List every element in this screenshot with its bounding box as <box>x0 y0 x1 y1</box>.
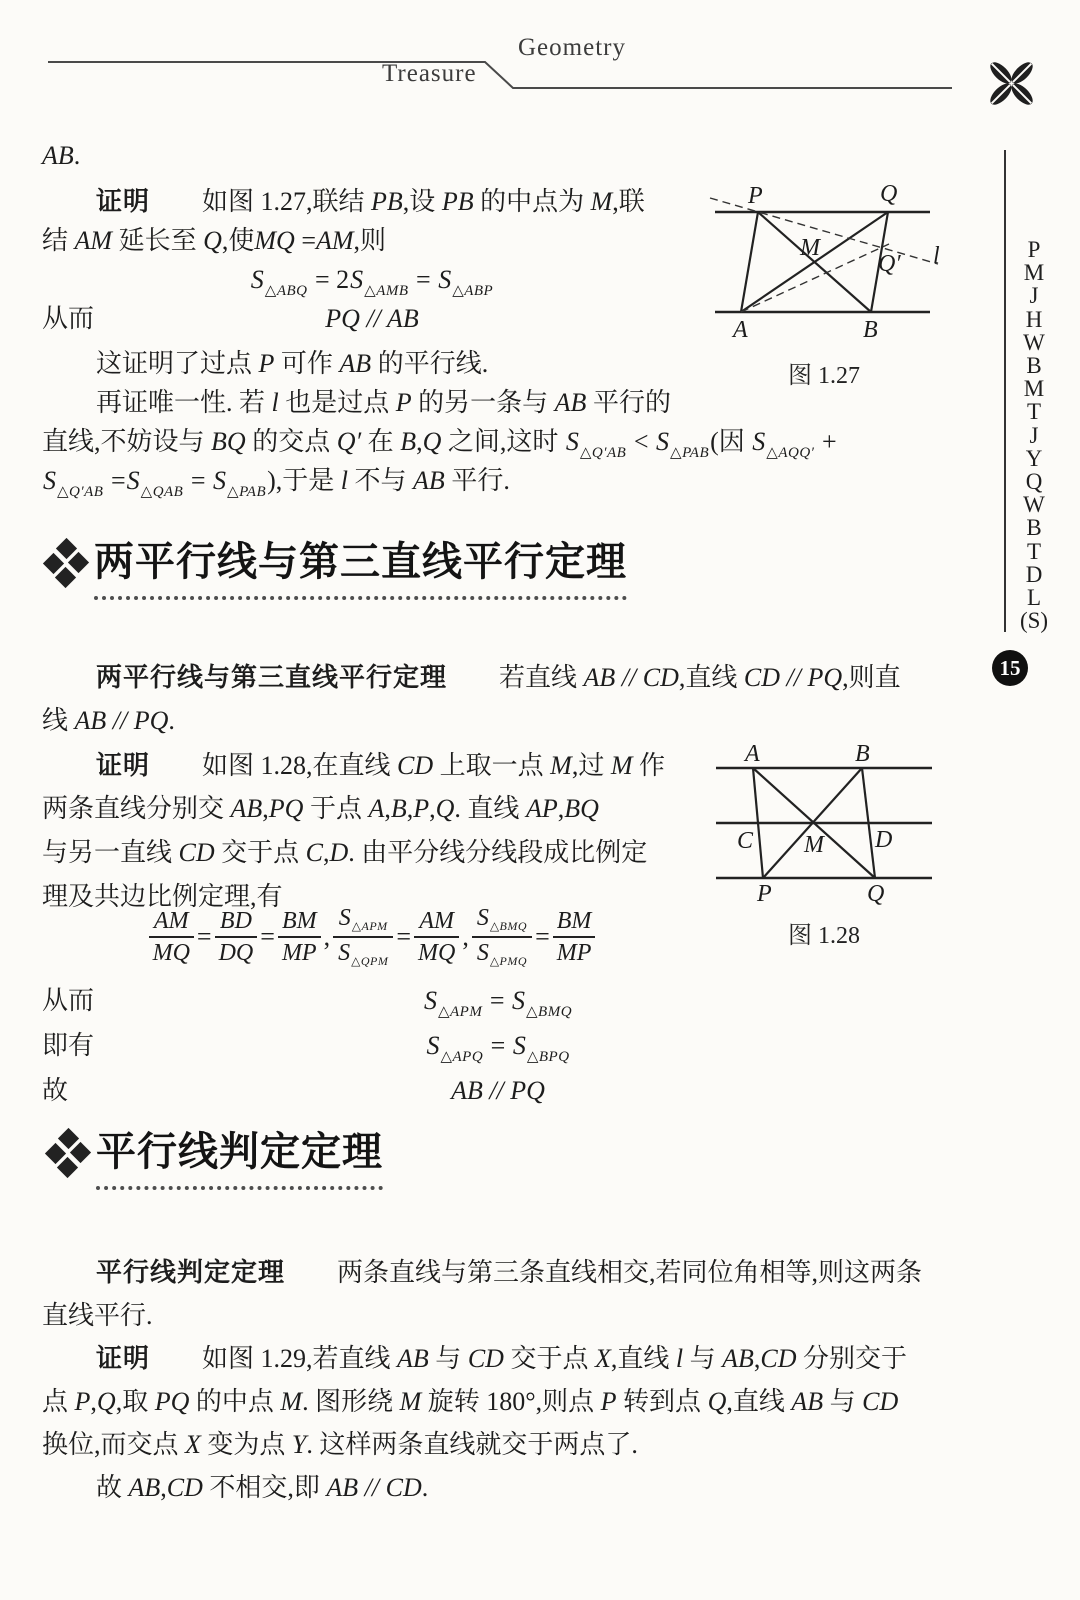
triangle-area-symbol: S△AMB <box>349 265 409 294</box>
figure-1-28-caption: 图 1.28 <box>700 915 948 950</box>
page-number-badge: 15 <box>992 650 1028 686</box>
fraction: BMMP <box>553 906 596 968</box>
figure-1-28: A B C M D P Q <box>700 740 948 912</box>
runin-heading: 平行线判定定理 <box>96 1257 285 1287</box>
paragraph-proof-128: 证明 如图 1.28,在直线 CD 上取一点 M,过 M 作两条直线分别交 AB… <box>42 743 702 919</box>
fraction: BMMP <box>278 906 321 968</box>
triangle-area-symbol: S△AQQ′ <box>751 427 815 456</box>
text-line: 结 AM 延长至 Q,使MQ =AM,则 <box>42 221 702 260</box>
section-heading-1-text: 两平行线与第三直线平行定理 <box>94 538 627 600</box>
text-line: S△Q′AB =S△QAB = S△PAB),于是 l 不与 AB 平行. <box>42 461 954 500</box>
proportion-formula-row: AMMQ = BDDQ = BMMP,S△APMS△QPM = AMMQ,S△B… <box>42 900 702 974</box>
sidebar-letter: B <box>1026 516 1041 539</box>
sidebar-letter: Y <box>1026 447 1043 470</box>
triangle-area-symbol: S△BMQ <box>476 905 528 931</box>
line-label-l: l <box>933 244 940 268</box>
sidebar-letter: W <box>1023 493 1045 516</box>
figure-1-27-caption: 图 1.27 <box>700 355 948 390</box>
triangle-area-symbol: S△Q′AB <box>565 427 627 456</box>
text-line: S△ABQ = 2S△AMB = S△ABP <box>42 260 702 299</box>
sidebar-letter: P <box>1028 238 1041 261</box>
triangle-area-symbol: S△PMQ <box>476 940 528 966</box>
point-label-A: A <box>745 742 760 766</box>
fraction: AMMQ <box>149 906 194 968</box>
point-label-P: P <box>757 882 772 906</box>
sidebar-letter: J <box>1030 284 1039 307</box>
point-label-P: P <box>748 184 763 208</box>
triangle-area-symbol: S△BPQ <box>512 1031 571 1060</box>
series-label: Treasure <box>382 60 477 88</box>
sidebar-letter: D <box>1026 563 1043 586</box>
sidebar-letter: M <box>1024 261 1044 284</box>
sidebar-letter: B <box>1026 354 1041 377</box>
triangle-area-symbol: S△PAB <box>655 427 710 456</box>
text-line: 线 AB // PQ. <box>42 699 954 742</box>
text-line: 故 AB,CD 不相交,即 AB // CD. <box>42 1466 992 1509</box>
text-line: 故AB // PQ <box>42 1068 954 1113</box>
paragraph-theorem-2: 平行线判定定理 两条直线与第三条直线相交,若同位角相等,则这两条直线平行.证明 … <box>42 1251 992 1509</box>
point-label-B: B <box>863 318 878 342</box>
sidebar-letter: H <box>1026 308 1043 331</box>
point-label-Qprime: Q′ <box>878 252 901 276</box>
point-label-Q: Q <box>867 882 884 906</box>
text-line: 直线平行. <box>42 1294 992 1337</box>
point-label-A: A <box>733 318 748 342</box>
text-line: 证明 如图 1.28,在直线 CD 上取一点 M,过 M 作 <box>42 743 702 787</box>
text-line: 两条直线分别交 AB,PQ 于点 A,B,P,Q. 直线 AP,BQ <box>42 787 702 831</box>
sidebar-letter: W <box>1023 331 1045 354</box>
triangle-area-symbol: S△ABP <box>437 265 494 294</box>
conclusion-rows: 从而S△APM = S△BMQ即有S△APQ = S△BPQ故AB // PQ <box>42 978 954 1113</box>
figure-1-27: P Q M Q′ l A B <box>700 182 948 354</box>
section-diamond-icon <box>46 540 88 592</box>
point-label-C: C <box>737 829 753 853</box>
section-heading-1: 两平行线与第三直线平行定理 <box>46 538 627 600</box>
fraction: S△BMQS△PMQ <box>472 903 532 971</box>
section-heading-2-text: 平行线判定定理 <box>96 1128 383 1190</box>
sidebar-letter: T <box>1027 400 1041 423</box>
point-label-Q: Q <box>880 182 897 206</box>
text-line: 平行线判定定理 两条直线与第三条直线相交,若同位角相等,则这两条 <box>42 1251 992 1294</box>
text-line: 两平行线与第三直线平行定理 若直线 AB // CD,直线 CD // PQ,则… <box>42 656 954 699</box>
section-heading-2: 平行线判定定理 <box>48 1128 383 1190</box>
sidebar-letter: T <box>1027 540 1041 563</box>
header-rule <box>40 40 960 100</box>
book-page: Treasure Geometry AB. 证明 如图 1.27,联结 PB,设… <box>0 0 1080 1600</box>
text-line: 从而PQ // AB <box>42 299 702 338</box>
paragraph-ab: AB. <box>42 134 442 177</box>
runin-heading: 证明 <box>96 186 150 216</box>
sidebar-letter: (S) <box>1020 609 1048 632</box>
triangle-area-symbol: S△PAB <box>212 466 267 495</box>
text-line: 换位,而交点 X 变为点 Y. 这样两条直线就交于两点了. <box>42 1423 992 1466</box>
segment-AP <box>741 212 758 312</box>
runin-heading: 证明 <box>96 1343 150 1373</box>
point-label-M: M <box>804 833 824 857</box>
text-line: 从而S△APM = S△BMQ <box>42 978 954 1023</box>
text-line: 点 P,Q,取 PQ 的中点 M. 图形绕 M 旋转 180°,则点 P 转到点… <box>42 1380 992 1423</box>
text-line: 与另一直线 CD 交于点 C,D. 由平分线分线段成比例定 <box>42 831 702 875</box>
text-line: 直线,不妨设与 BQ 的交点 Q′ 在 B,Q 之间,这时 S△Q′AB < S… <box>42 422 954 461</box>
triangle-area-symbol: S△APM <box>338 905 389 931</box>
point-label-B: B <box>855 742 870 766</box>
triangle-area-symbol: S△QAB <box>126 466 185 495</box>
paragraph-theorem-1: 两平行线与第三直线平行定理 若直线 AB // CD,直线 CD // PQ,则… <box>42 656 954 742</box>
triangle-area-symbol: S△Q′AB <box>42 466 104 495</box>
triangle-area-symbol: S△BMQ <box>511 986 573 1015</box>
fraction: S△APMS△QPM <box>333 903 393 971</box>
text-line: AB. <box>42 134 442 177</box>
triangle-area-symbol: S△ABQ <box>250 265 309 294</box>
fraction: AMMQ <box>414 906 459 968</box>
paragraph-proof-127-a: 证明 如图 1.27,联结 PB,设 PB 的中点为 M,联结 AM 延长至 Q… <box>42 182 702 338</box>
runin-heading: 两平行线与第三直线平行定理 <box>96 662 447 692</box>
figure-1-28-drawing <box>700 740 948 912</box>
sidebar-letter: Q <box>1026 470 1043 493</box>
triangle-area-symbol: S△QPM <box>337 940 389 966</box>
segment-PB <box>758 212 871 312</box>
point-label-D: D <box>875 828 892 852</box>
fraction: BDDQ <box>215 906 258 968</box>
text-line: 证明 如图 1.29,若直线 AB 与 CD 交于点 X,直线 l 与 AB,C… <box>42 1337 992 1380</box>
section-diamond-icon <box>48 1130 90 1182</box>
runin-heading: 证明 <box>96 750 150 780</box>
sidebar-letter: J <box>1030 424 1039 447</box>
triangle-area-symbol: S△APM <box>423 986 483 1015</box>
point-label-M: M <box>800 236 820 260</box>
text-line: 即有S△APQ = S△BPQ <box>42 1023 954 1068</box>
publisher-logo-icon <box>983 53 1041 115</box>
sidebar-letter: M <box>1024 377 1044 400</box>
subject-label: Geometry <box>518 34 626 62</box>
sidebar-letter: L <box>1027 586 1041 609</box>
text-line: AMMQ = BDDQ = BMMP,S△APMS△QPM = AMMQ,S△B… <box>42 900 702 974</box>
triangle-area-symbol: S△APQ <box>425 1031 484 1060</box>
sidebar-letter-index: PMJHWBMTJYQWBTDL(S) <box>1006 238 1062 632</box>
text-line: 证明 如图 1.27,联结 PB,设 PB 的中点为 M,联 <box>42 182 702 221</box>
dashed-line-l <box>710 198 938 264</box>
